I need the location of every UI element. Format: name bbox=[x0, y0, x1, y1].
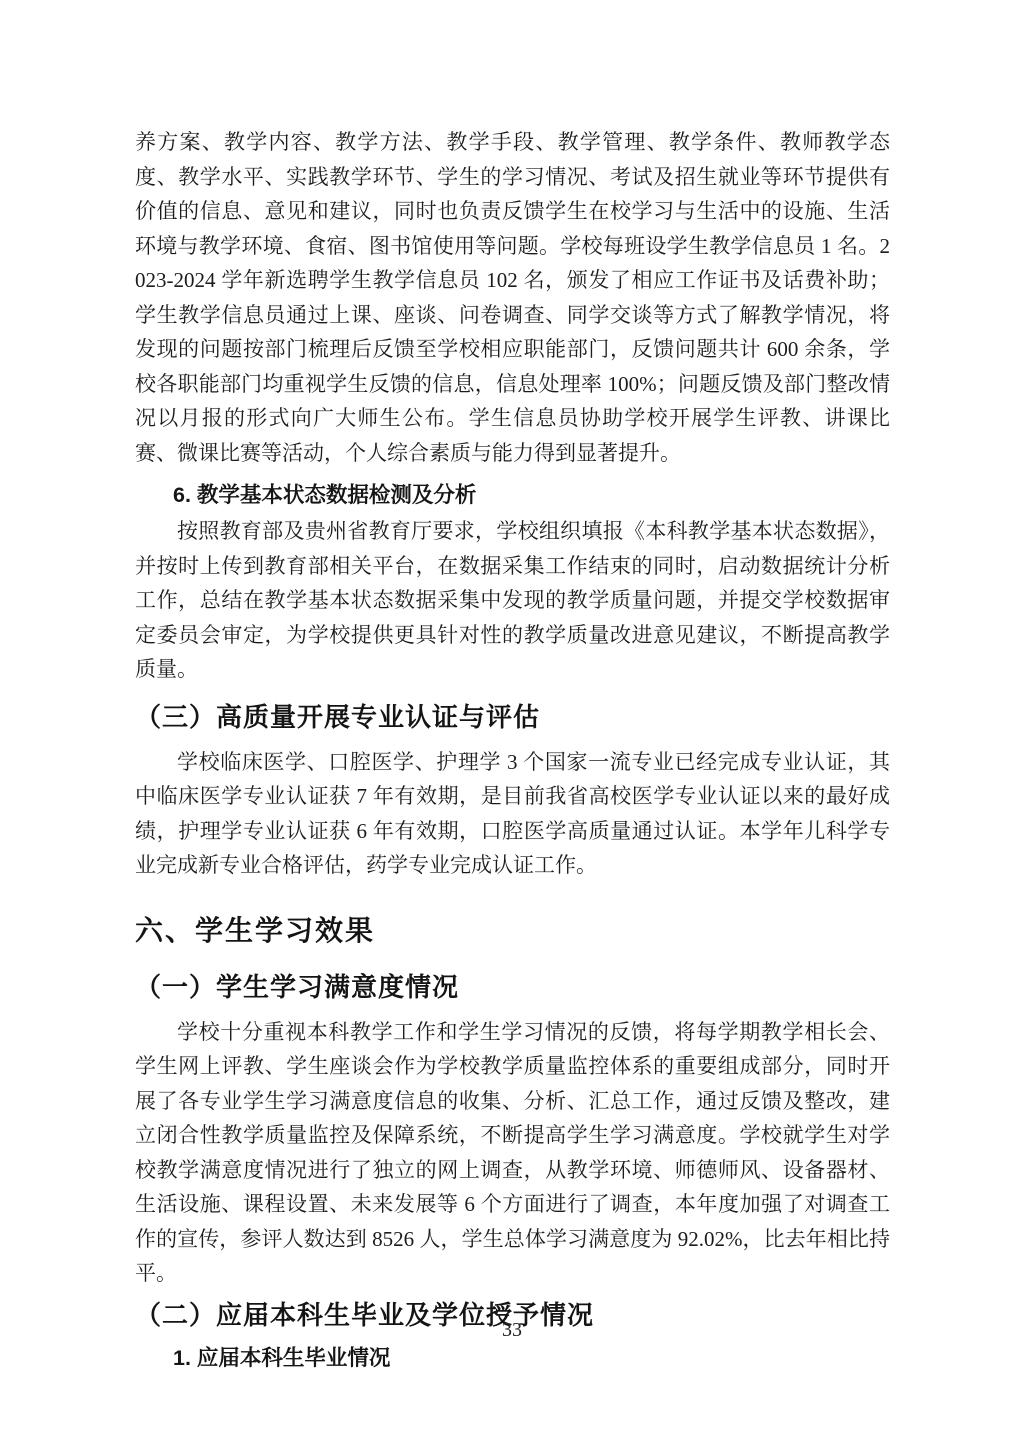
page-content: 养方案、教学内容、教学方法、教学手段、教学管理、教学条件、教师教学态度、教学水平… bbox=[135, 125, 890, 1377]
paragraph-satisfaction: 学校十分重视本科教学工作和学生学习情况的反馈，将每学期教学相长会、学生网上评教、… bbox=[135, 1015, 890, 1291]
heading-section-3-accreditation: （三）高质量开展专业认证与评估 bbox=[135, 697, 890, 737]
heading-chapter-6-learning-outcomes: 六、学生学习效果 bbox=[135, 909, 890, 953]
heading-section-1-satisfaction: （一）学生学习满意度情况 bbox=[135, 967, 890, 1007]
paragraph-status-data: 按照教育部及贵州省教育厅要求，学校组织填报《本科教学基本状态数据》，并按时上传到… bbox=[135, 514, 890, 687]
heading-1-graduation-status: 1. 应届本科生毕业情况 bbox=[173, 1341, 890, 1375]
paragraph-student-feedback: 养方案、教学内容、教学方法、教学手段、教学管理、教学条件、教师教学态度、教学水平… bbox=[135, 125, 890, 470]
document-page: 养方案、教学内容、教学方法、教学手段、教学管理、教学条件、教师教学态度、教学水平… bbox=[0, 0, 1024, 1448]
heading-6-status-data-analysis: 6. 教学基本状态数据检测及分析 bbox=[173, 478, 890, 512]
paragraph-accreditation: 学校临床医学、口腔医学、护理学 3 个国家一流专业已经完成专业认证，其中临床医学… bbox=[135, 745, 890, 883]
page-number: 33 bbox=[0, 1316, 1024, 1344]
